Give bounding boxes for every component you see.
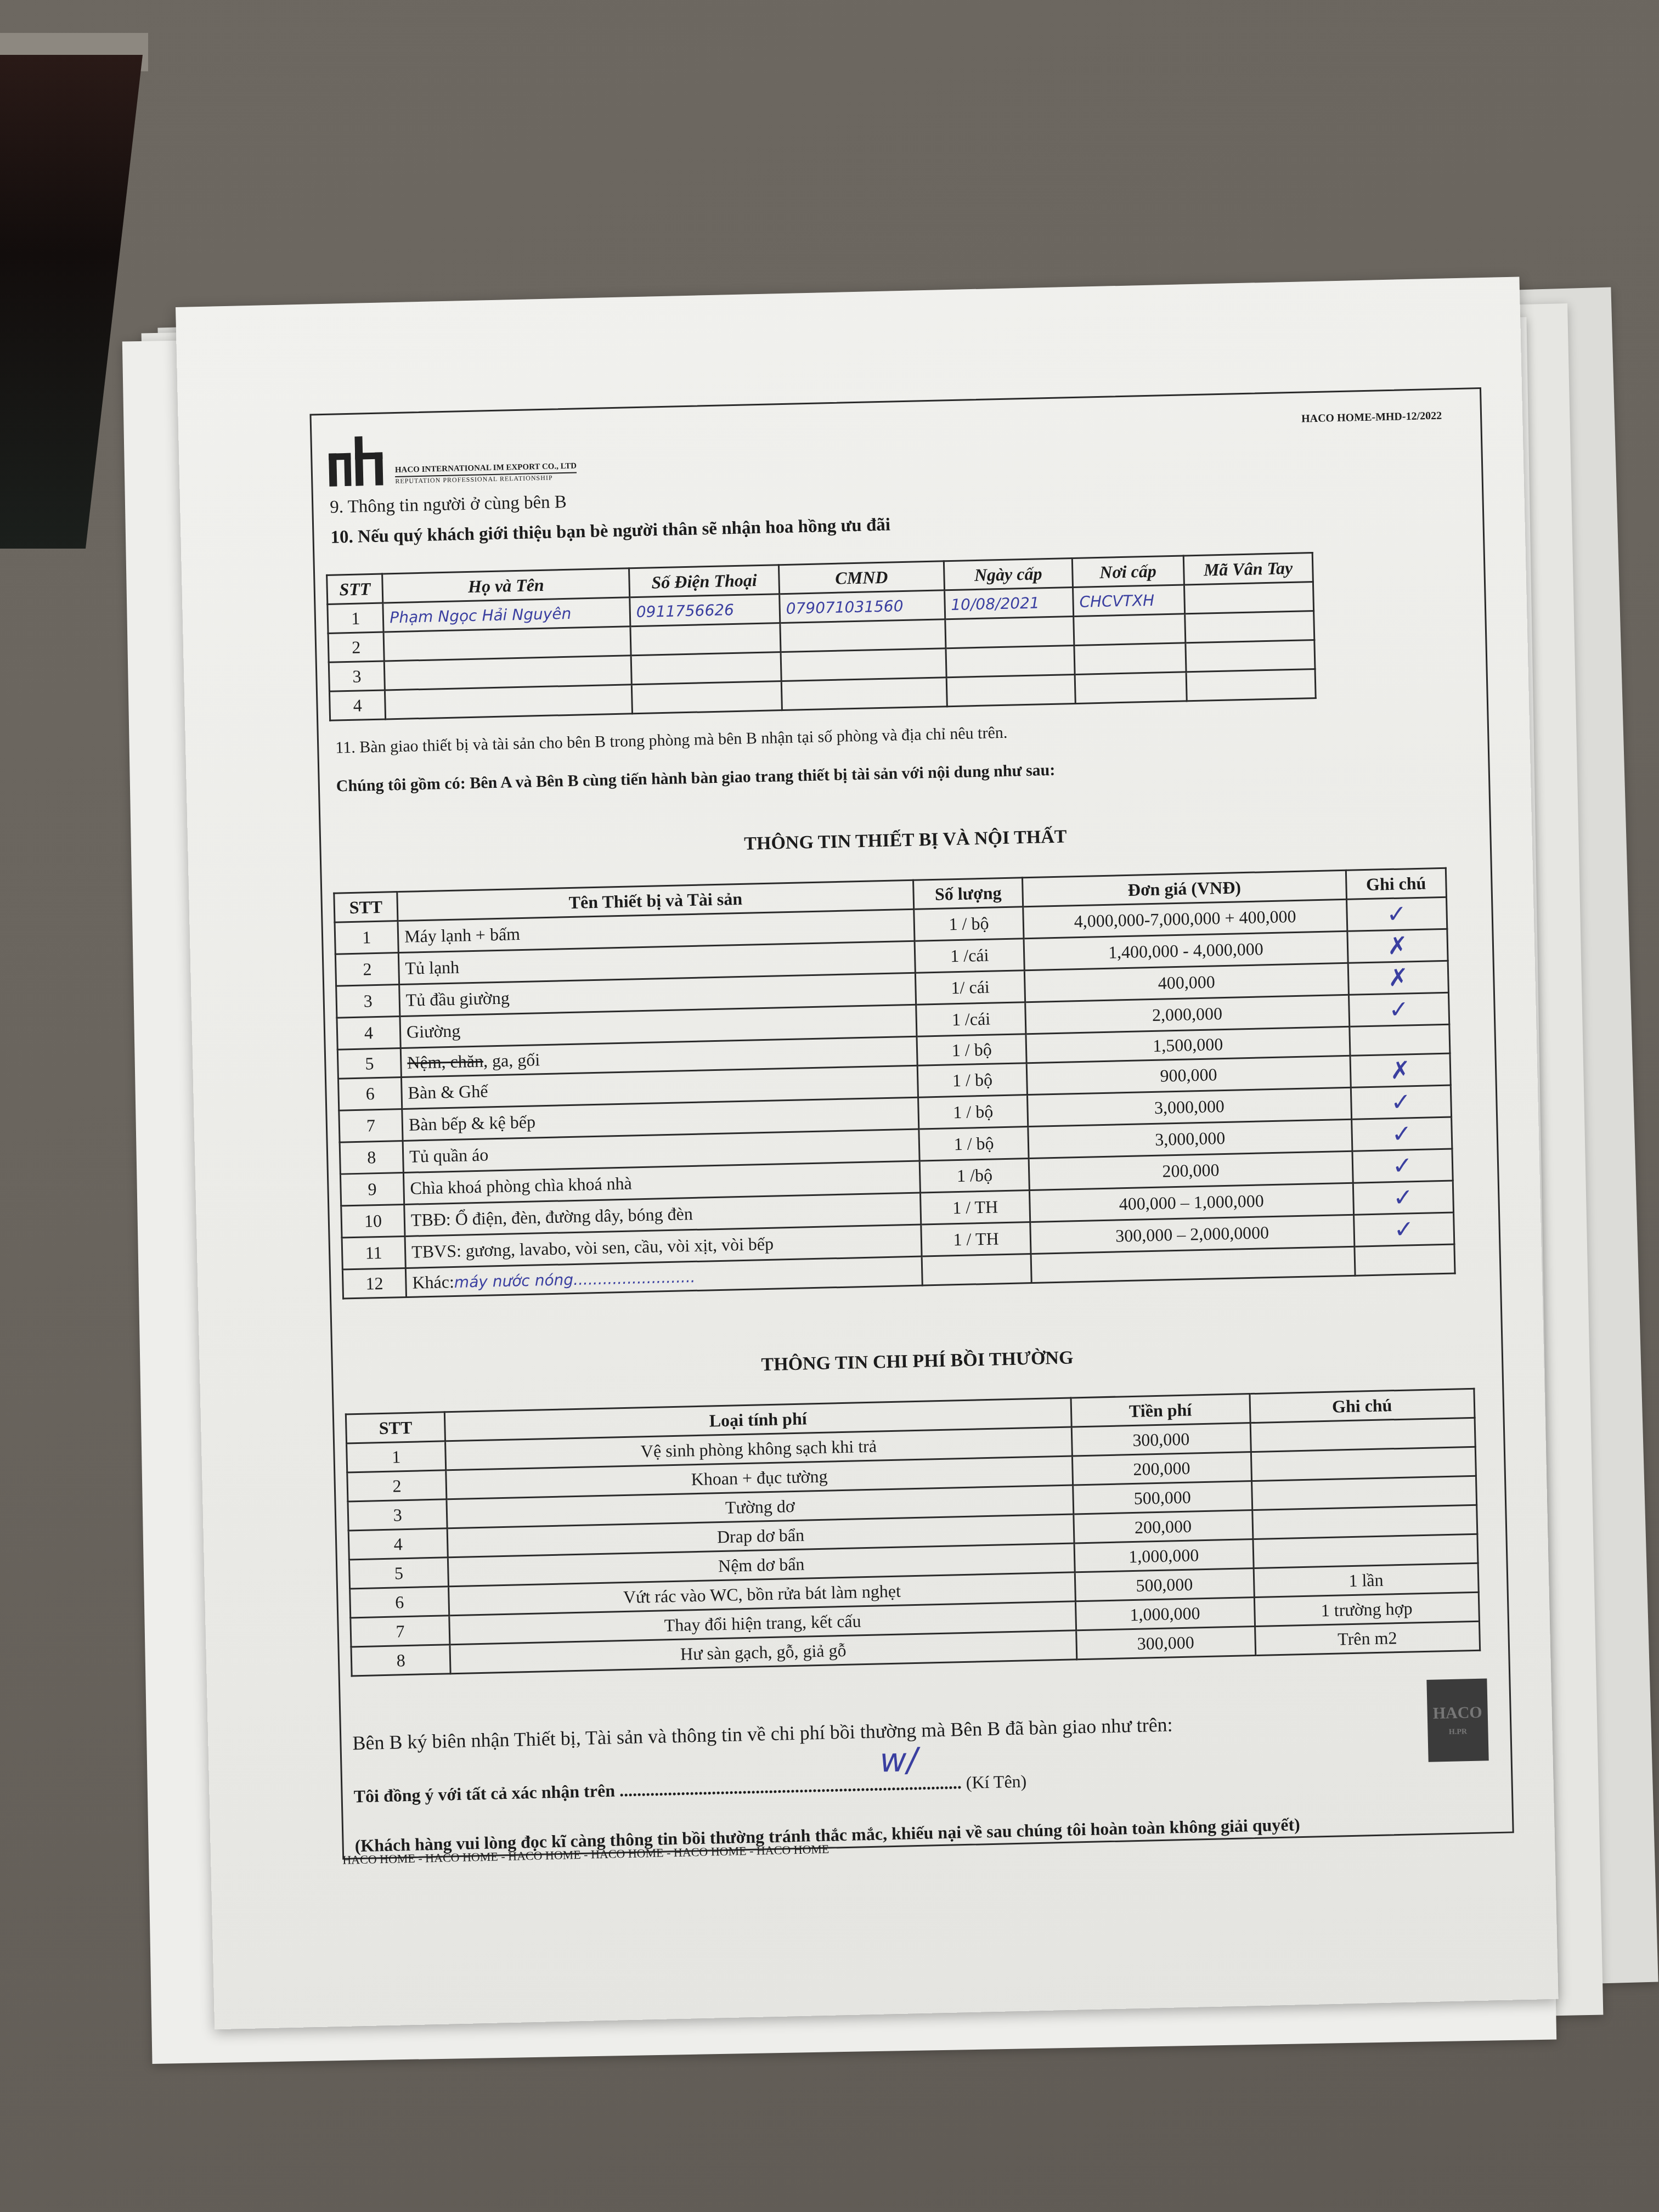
table-cell — [631, 681, 782, 714]
table-cell — [945, 617, 1074, 648]
table-cell: CHCVTXH — [1073, 585, 1184, 617]
background-dark-corner — [0, 55, 143, 549]
table-cell — [781, 678, 947, 710]
agreement-text: Tôi đồng ý với tất cả xác nhận trên — [353, 1781, 615, 1807]
row-number: 11 — [342, 1236, 405, 1269]
table-cell — [1185, 640, 1315, 672]
section-9-heading: 9. Thông tin người ở cùng bên B — [330, 492, 567, 518]
item-quantity: 1 /bộ — [919, 1159, 1029, 1193]
item-quantity: 1 /cái — [915, 939, 1024, 973]
table-cell — [1184, 582, 1314, 614]
item-quantity: 1 / TH — [921, 1190, 1030, 1224]
table-cell — [1075, 672, 1187, 704]
check-mark-icon: ✓ — [1348, 992, 1449, 1026]
table-cell — [1184, 611, 1314, 643]
company-logo: HACO INTERNATIONAL IM EXPORT CO., LTD RE… — [328, 432, 577, 487]
row-number: 6 — [338, 1077, 402, 1111]
row-number: 3 — [336, 985, 400, 1018]
document-frame: HACO HOME-MHD-12/2022 HACO INTERNATIONAL… — [309, 387, 1514, 1860]
note-cell — [1349, 1024, 1450, 1056]
table-cell: 0911756626 — [630, 594, 780, 627]
fee-note: 1 trường hợp — [1254, 1592, 1480, 1626]
agreement-line: Tôi đồng ý với tất cả xác nhận trên ....… — [353, 1771, 1026, 1807]
row-number: 2 — [347, 1470, 447, 1502]
row-number: 4 — [348, 1528, 448, 1560]
item-quantity: 1/ cái — [916, 970, 1025, 1005]
column-header: Tiền phí — [1071, 1394, 1250, 1427]
compensation-table: STTLoại tính phíTiền phíGhi chú 1Vệ sinh… — [345, 1388, 1481, 1677]
row-number: 4 — [329, 690, 386, 720]
row-number: 5 — [349, 1558, 448, 1589]
column-header: Nơi cấp — [1072, 556, 1184, 588]
cross-mark-icon: ✗ — [1348, 961, 1449, 995]
fee-note — [1251, 1447, 1476, 1481]
column-header: CMND — [778, 561, 944, 594]
fee-amount: 500,000 — [1075, 1568, 1254, 1601]
table-cell — [385, 685, 633, 719]
item-quantity — [922, 1254, 1031, 1286]
table-cell — [946, 646, 1075, 678]
table-cell — [1186, 669, 1316, 701]
row-number: 8 — [340, 1141, 403, 1174]
row-number: 3 — [348, 1499, 447, 1531]
table-cell — [780, 619, 946, 652]
check-mark-icon: ✓ — [1351, 1117, 1452, 1151]
row-number: 8 — [351, 1645, 450, 1676]
check-mark-icon: ✓ — [1346, 897, 1447, 931]
section-11-heading: 11. Bàn giao thiết bị và tài sản cho bên… — [335, 724, 1008, 758]
signature-label: (Kí Tên) — [966, 1771, 1026, 1792]
row-number: 1 — [347, 1441, 446, 1472]
row-number: 10 — [341, 1204, 405, 1238]
item-quantity: 1 / bộ — [917, 1063, 1027, 1097]
row-number: 2 — [328, 632, 385, 662]
fee-amount: 1,000,000 — [1074, 1539, 1254, 1572]
fee-note: 1 lần — [1254, 1563, 1479, 1597]
item-quantity: 1 / bộ — [918, 1095, 1028, 1129]
fee-note — [1251, 1476, 1477, 1510]
item-quantity: 1 / bộ — [914, 907, 1024, 941]
row-number: 7 — [351, 1616, 450, 1647]
table-cell — [781, 648, 946, 681]
table-cell — [1074, 643, 1186, 675]
column-header: Số lượng — [913, 878, 1023, 910]
handover-intro: Chúng tôi gồm có: Bên A và Bên B cùng ti… — [336, 761, 1056, 796]
table-cell — [946, 674, 1075, 706]
row-number: 4 — [337, 1017, 400, 1050]
compensation-section-title: THÔNG TIN CHI PHÍ BỒI THƯỜNG — [333, 1338, 1502, 1385]
fee-note — [1252, 1534, 1478, 1568]
check-mark-icon: ✓ — [1353, 1181, 1454, 1215]
row-number: 1 — [335, 921, 398, 955]
column-header: Ghi chú — [1249, 1389, 1475, 1423]
row-number: 2 — [335, 953, 399, 986]
equipment-table: STTTên Thiết bị và Tài sảnSố lượngĐơn gi… — [333, 867, 1455, 1300]
equipment-section-title: THÔNG TIN THIẾT BỊ VÀ NỘI THẤT — [321, 817, 1489, 864]
cross-mark-icon: ✗ — [1347, 929, 1448, 963]
fee-amount: 1,000,000 — [1075, 1598, 1255, 1630]
fee-note — [1250, 1418, 1476, 1452]
fee-note: Trên m2 — [1255, 1621, 1480, 1655]
column-header: Số Điện Thoại — [629, 565, 779, 597]
fee-amount: 500,000 — [1073, 1481, 1252, 1514]
note-cell — [1354, 1244, 1455, 1276]
fee-amount: 300,000 — [1071, 1423, 1251, 1456]
row-number: 5 — [337, 1048, 401, 1079]
table-cell — [631, 652, 781, 685]
check-mark-icon: ✓ — [1353, 1212, 1454, 1246]
fee-amount: 300,000 — [1076, 1626, 1255, 1659]
handwritten-other-item: máy nước nóng......................... — [454, 1267, 696, 1291]
document-page: HACO HOME-MHD-12/2022 HACO INTERNATIONAL… — [176, 276, 1559, 2029]
column-header: Mã Vân Tay — [1183, 553, 1313, 585]
table-cell: 10/08/2021 — [944, 588, 1073, 619]
column-header: Ghi chú — [1346, 868, 1447, 899]
check-mark-icon: ✓ — [1352, 1149, 1453, 1183]
fee-amount: 200,000 — [1072, 1452, 1251, 1485]
column-header: STT — [327, 574, 383, 604]
item-quantity: 1 / bộ — [917, 1034, 1026, 1066]
table-cell — [630, 623, 781, 656]
row-number: 12 — [342, 1268, 406, 1299]
haco-logo-icon — [328, 436, 390, 486]
document-code: HACO HOME-MHD-12/2022 — [1301, 410, 1442, 426]
referral-table: STTHọ và TênSố Điện ThoạiCMNDNgày cấpNơi… — [326, 552, 1317, 721]
section-10-heading: 10. Nếu quý khách giới thiệu bạn bè ngườ… — [330, 515, 890, 548]
item-quantity: 1 / TH — [921, 1222, 1031, 1256]
table-cell — [1074, 614, 1186, 646]
table-cell: 079071031560 — [780, 590, 945, 623]
row-number: 1 — [328, 603, 384, 633]
check-mark-icon: ✓ — [1351, 1085, 1452, 1119]
column-header: STT — [346, 1412, 445, 1443]
haco-stamp: HACO H.PR — [1426, 1678, 1488, 1762]
row-number: 6 — [350, 1587, 449, 1618]
row-number: 7 — [339, 1109, 403, 1143]
fee-note — [1252, 1505, 1477, 1539]
column-header: Ngày cấp — [944, 558, 1073, 590]
receipt-statement: Bên B ký biên nhận Thiết bị, Tài sản và … — [352, 1713, 1173, 1754]
item-quantity: 1 /cái — [916, 1002, 1026, 1036]
item-quantity: 1 / bộ — [919, 1127, 1029, 1161]
signature-mark: ᴡ/ — [879, 1741, 918, 1780]
column-header: STT — [334, 892, 398, 923]
row-number: 9 — [340, 1172, 404, 1206]
fee-amount: 200,000 — [1073, 1510, 1252, 1543]
cross-mark-icon: ✗ — [1350, 1053, 1451, 1087]
row-number: 3 — [329, 661, 385, 691]
